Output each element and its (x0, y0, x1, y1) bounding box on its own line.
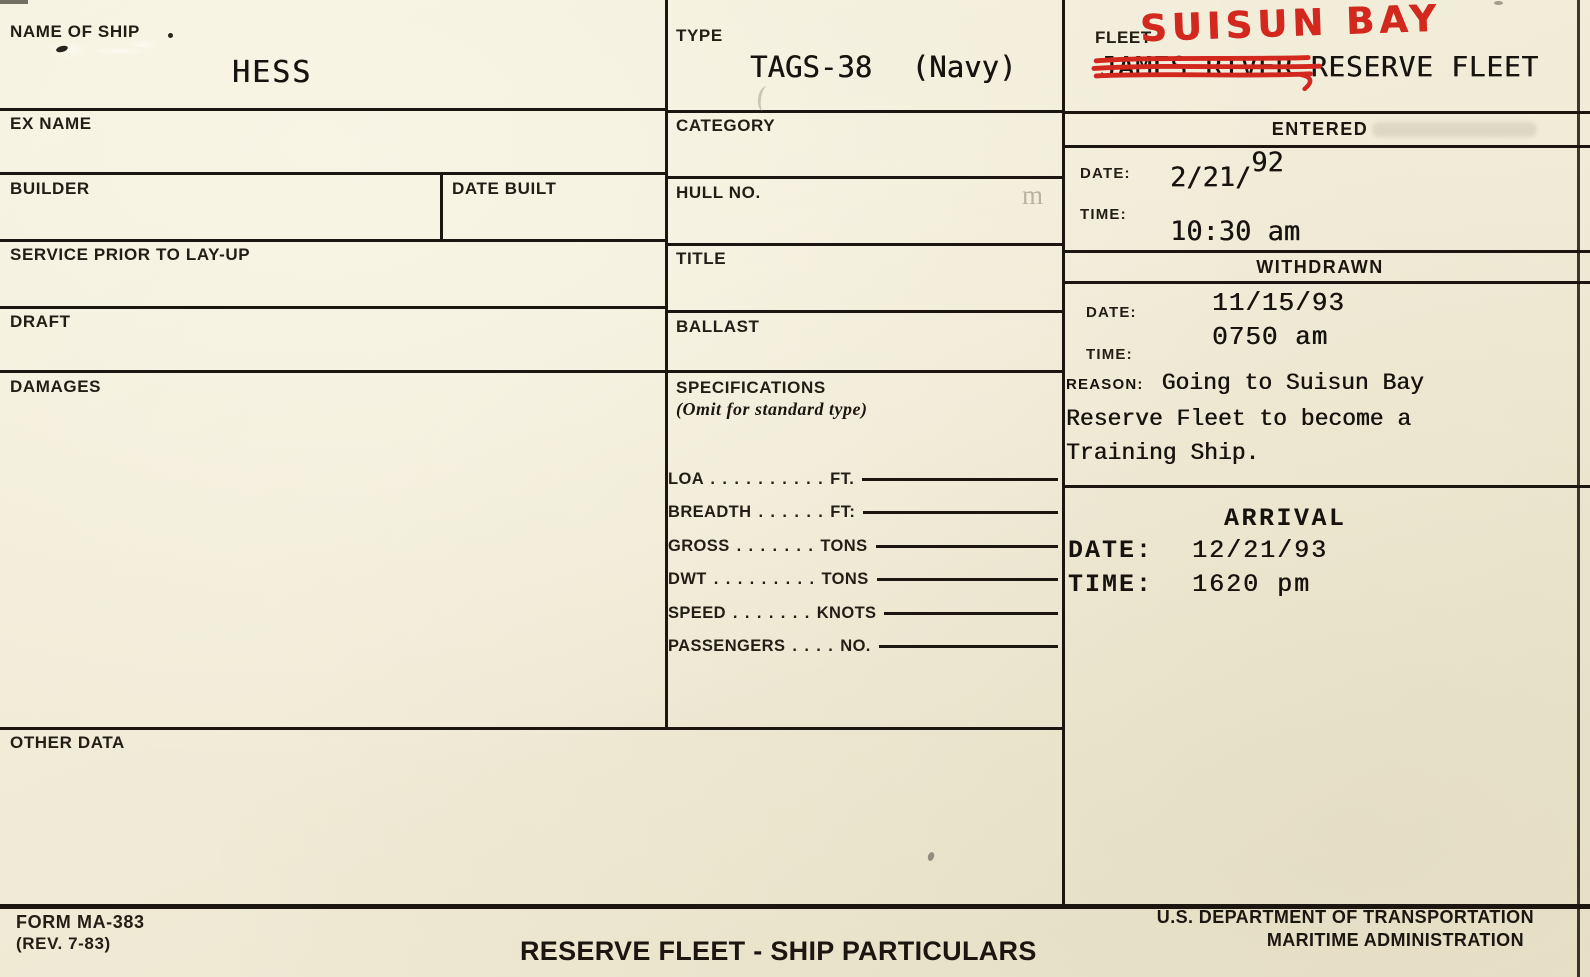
arrival-header: ARRIVAL (1224, 504, 1347, 533)
builder-label: BUILDER (10, 179, 90, 199)
paper-scuff (84, 46, 156, 56)
pen-mark (756, 85, 774, 113)
spec-row-text: GROSS . . . . . . . TONS (668, 537, 868, 556)
ballast-label: BALLAST (676, 317, 760, 337)
spec-row-dwt: DWT . . . . . . . . . TONS (668, 570, 1058, 603)
divider (665, 110, 1062, 113)
draft-label: DRAFT (10, 312, 71, 332)
damages-label: DAMAGES (10, 377, 101, 397)
arrival-time-label: TIME: (1068, 570, 1153, 599)
fill-in-blank (863, 511, 1058, 514)
spec-row-text: PASSENGERS . . . . NO. (668, 637, 871, 656)
withdrawn-date-value: 11/15/93 (1212, 288, 1345, 318)
fill-in-blank (879, 645, 1058, 648)
divider (1062, 485, 1590, 488)
ink-speck (168, 33, 173, 38)
type-value: TAGS-38 (Navy) (750, 50, 1016, 84)
hull-no-label: HULL NO. (676, 183, 761, 203)
category-label: CATEGORY (676, 116, 775, 136)
form-revision: (REV. 7-83) (16, 934, 111, 954)
scan-edge-mark (0, 0, 28, 4)
spec-row-text: SPEED . . . . . . . KNOTS (668, 604, 876, 623)
divider (665, 243, 1062, 246)
specifications-label: SPECIFICATIONS (676, 378, 826, 398)
withdrawn-time-value: 0750 am (1212, 322, 1328, 352)
fill-in-blank (884, 612, 1058, 615)
entered-date-year-superscript: 92 (1251, 147, 1284, 178)
withdrawn-reason: REASON:Going to Suisun Bay Reserve Fleet… (1066, 366, 1500, 470)
spec-row-loa: LOA . . . . . . . . . . FT. (668, 470, 1058, 503)
service-prior-label: SERVICE PRIOR TO LAY-UP (10, 245, 250, 265)
fleet-typed-line: JAMES RIVER RESERVE FLEET (1100, 50, 1539, 83)
divider (0, 108, 665, 111)
fill-in-blank (876, 545, 1059, 548)
withdrawn-header: WITHDRAWN (1062, 257, 1578, 278)
entered-date-value: 2/21/92 (1170, 162, 1284, 193)
divider (1062, 111, 1590, 114)
agency-line-2: MARITIME ADMINISTRATION (1157, 929, 1534, 952)
red-strikethrough-scribble (1094, 50, 1310, 89)
faint-stamp-mark: m (1022, 180, 1041, 211)
type-label: TYPE (676, 26, 723, 46)
divider (665, 310, 1062, 313)
divider (0, 370, 1062, 373)
card-edge-line (1577, 0, 1580, 977)
name-of-ship-value: HESS (232, 55, 312, 90)
spec-row-breadth: BREADTH . . . . . . FT: (668, 503, 1058, 536)
scan-edge-speck (1494, 1, 1503, 5)
builder-datebuilt-divider (440, 172, 443, 239)
divider (1062, 145, 1590, 148)
fleet-handwritten-correction: SUISUN BAY (1139, 0, 1441, 50)
divider (0, 306, 665, 309)
spec-row-text: BREADTH . . . . . . FT: (668, 503, 855, 522)
arrival-date-value: 12/21/93 (1192, 536, 1328, 565)
arrival-date-label: DATE: (1068, 536, 1153, 565)
spec-row-passengers: PASSENGERS . . . . NO. (668, 637, 1058, 670)
fill-in-blank (877, 578, 1058, 581)
arrival-time-value: 1620 pm (1192, 570, 1311, 599)
divider (665, 176, 1062, 179)
divider (0, 727, 1062, 730)
other-data-label: OTHER DATA (10, 733, 125, 753)
withdrawn-reason-label: REASON: (1066, 376, 1144, 393)
ship-particulars-card: NAME OF SHIP HESS EX NAME BUILDER DATE B… (0, 0, 1590, 977)
spec-row-text: DWT . . . . . . . . . TONS (668, 570, 869, 589)
withdrawn-date-label: DATE: (1086, 304, 1137, 321)
withdrawn-time-label: TIME: (1086, 346, 1133, 363)
entered-time-value: 10:30 am (1170, 216, 1300, 247)
agency-block: U.S. DEPARTMENT OF TRANSPORTATION MARITI… (1157, 906, 1534, 952)
fleet-rest-label: RESERVE FLEET (1311, 50, 1539, 83)
entered-time-label: TIME: (1080, 206, 1127, 223)
ex-name-label: EX NAME (10, 114, 92, 134)
divider (1062, 250, 1590, 253)
fleet-struck-text: JAMES RIVER (1100, 50, 1293, 83)
spec-row-text: LOA . . . . . . . . . . FT. (668, 470, 854, 489)
form-number: FORM MA-383 (16, 912, 145, 933)
fill-in-blank (862, 478, 1058, 481)
spec-row-gross: GROSS . . . . . . . TONS (668, 537, 1058, 570)
spec-row-speed: SPEED . . . . . . . KNOTS (668, 604, 1058, 637)
name-of-ship-label: NAME OF SHIP (10, 22, 140, 42)
entered-date-label: DATE: (1080, 165, 1131, 182)
agency-line-1: U.S. DEPARTMENT OF TRANSPORTATION (1157, 906, 1534, 929)
faint-smudge (1372, 122, 1537, 137)
specifications-note: (Omit for standard type) (676, 399, 868, 420)
divider (0, 239, 665, 242)
date-built-label: DATE BUILT (452, 179, 557, 199)
divider (0, 172, 665, 175)
specifications-rows: LOA . . . . . . . . . . FT. BREADTH . . … (668, 470, 1058, 670)
title-label: TITLE (676, 249, 726, 269)
document-title: RESERVE FLEET - SHIP PARTICULARS (520, 936, 1037, 967)
paper-speck (927, 851, 936, 862)
divider (1062, 281, 1590, 284)
entered-date-main: 2/21/ (1170, 162, 1251, 193)
